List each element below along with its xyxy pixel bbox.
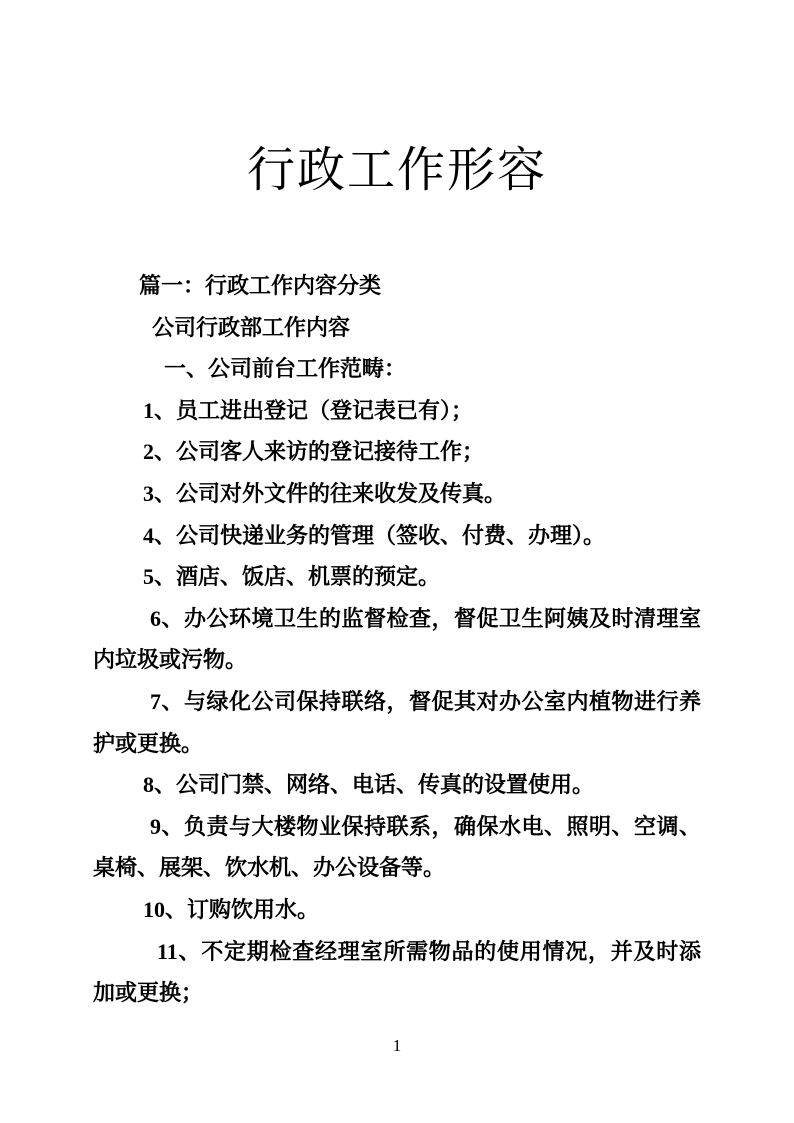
subheading-department: 公司行政部工作内容 [93,307,701,349]
document-body: 篇一：行政工作内容分类 公司行政部工作内容 一、公司前台工作范畴： 1、员工进出… [93,265,701,1014]
list-item-8: 8、公司门禁、网络、电话、传真的设置使用。 [93,764,701,806]
list-item-10: 10、订购饮用水。 [93,889,701,931]
list-item-5: 5、酒店、饭店、机票的预定。 [93,556,701,598]
document-title: 行政工作形容 [0,0,794,199]
list-item-11: 11、不定期检查经理室所需物品的使用情况，并及时添加或更换； [93,931,701,1014]
list-item-9: 9、负责与大楼物业保持联系，确保水电、照明、空调、桌椅、展架、饮水机、办公设备等… [93,806,701,889]
list-heading-front-desk: 一、公司前台工作范畴： [93,348,701,390]
page-number: 1 [0,1036,794,1056]
list-item-3: 3、公司对外文件的往来收发及传真。 [93,473,701,515]
document-page: 行政工作形容 篇一：行政工作内容分类 公司行政部工作内容 一、公司前台工作范畴：… [0,0,794,1123]
list-item-1: 1、员工进出登记（登记表已有）； [93,390,701,432]
list-item-4: 4、公司快递业务的管理（签收、付费、办理）。 [93,515,701,557]
list-item-7: 7、与绿化公司保持联络，督促其对办公室内植物进行养护或更换。 [93,681,701,764]
list-item-6: 6、办公环境卫生的监督检查，督促卫生阿姨及时清理室内垃圾或污物。 [93,598,701,681]
list-item-2: 2、公司客人来访的登记接待工作； [93,431,701,473]
heading-part-one: 篇一：行政工作内容分类 [93,265,701,307]
